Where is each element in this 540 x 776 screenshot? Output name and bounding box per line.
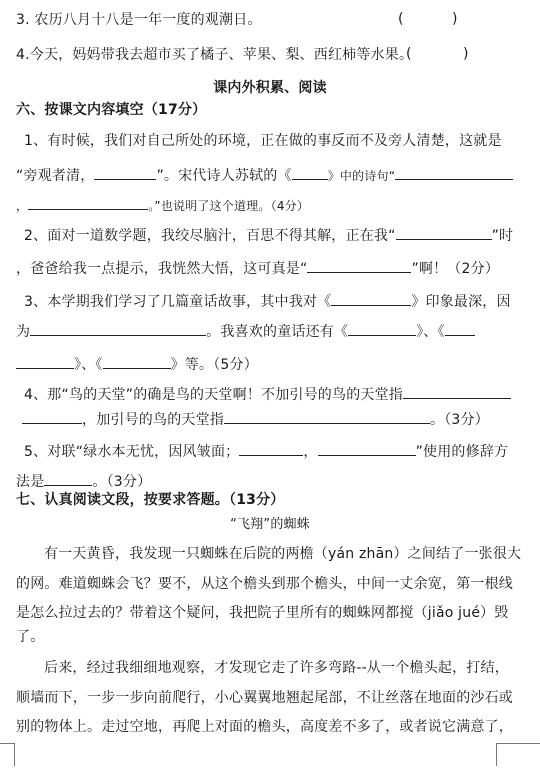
text: ”使用的修辞方 [416, 444, 509, 460]
paragraph2-line3: 别的物体上。走过空地，再爬上对面的檐头，高度差不多了，或者说它满意了， [16, 718, 513, 736]
s6-q1-line1: 1、有时候，我们对自己所处的环境，正在做的事反而不及旁人清楚，这就是 [24, 132, 502, 150]
page-corner-mark-right [496, 743, 540, 766]
blank-11[interactable] [103, 355, 171, 369]
text: ”啊！（2分） [411, 261, 499, 277]
s6-q3-line2: 为。我喜欢的童话还有《》、《 [16, 322, 475, 341]
text: ，加引号的鸟的天堂指 [82, 412, 224, 428]
text: 》、《 [416, 324, 445, 340]
text: 2、面对一道数学题，我绞尽脑汁，百思不得其解，正在我“ [24, 228, 396, 244]
blank-6[interactable] [307, 259, 411, 273]
text: 。（3分） [430, 412, 489, 428]
paragraph1-line1: 有一天黄昏，我发现一只蜘蛛在后院的两檐（yán zhān）之间结了一张很大 [44, 545, 521, 563]
blank-7[interactable] [331, 292, 411, 306]
blank-14[interactable] [224, 410, 430, 424]
question-text: 3. 农历八月十八是一年一度的观潮日。 [16, 12, 262, 28]
text: 》、《 [74, 357, 103, 373]
answer-paren-close: ) [463, 46, 468, 62]
text: 法是 [16, 474, 44, 490]
judgement-q3: 3. 农历八月十八是一年一度的观潮日。 [16, 11, 262, 29]
blank-2[interactable] [292, 166, 328, 180]
s6-q5-line2: 法是。（3分） [16, 472, 151, 491]
paragraph1-line3: 是怎么拉过去的？带着这个疑问，我把院子里所有的蜘蛛网都搅（jiǎo jué）毁 [16, 604, 509, 622]
answer-paren-open: ( [398, 11, 403, 27]
blank-4[interactable] [28, 196, 148, 210]
text: ”时 [492, 228, 514, 244]
paragraph1-line4: 了。 [16, 628, 44, 646]
text: 。”也说明了这个道理。（4分） [148, 199, 309, 213]
section6-title: 六、按课文内容填空（17分） [16, 101, 206, 119]
passage-title: “飞翔”的蜘蛛 [0, 516, 540, 534]
text: 。我喜欢的童话还有《 [206, 324, 348, 340]
text: 3、本学期我们学习了几篇童话故事，其中我对《 [24, 294, 331, 310]
text: 》印象最深，因 [411, 294, 510, 310]
text: ， [303, 444, 317, 460]
text: 》中的诗句“ [328, 169, 395, 183]
s6-q4-line2: ，加引号的鸟的天堂指。（3分） [22, 410, 489, 429]
text: “旁观者清， [16, 168, 94, 184]
s6-q5-line1: 5、对联“绿水本无忧，因风皱面；，”使用的修辞方 [24, 442, 508, 461]
answer-paren-open: ( [406, 46, 411, 62]
judgement-q4: 4.今天，妈妈带我去超市买了橘子、苹果、梨、西红柿等水果。 [16, 46, 413, 64]
blank-13[interactable] [22, 410, 82, 424]
blank-3[interactable] [395, 166, 513, 180]
blank-10-cont[interactable] [16, 355, 74, 369]
blank-10[interactable] [445, 322, 475, 336]
blank-9[interactable] [348, 322, 416, 336]
question-text: 4.今天，妈妈带我去超市买了橘子、苹果、梨、西红柿等水果。 [16, 47, 413, 63]
blank-16[interactable] [318, 442, 416, 456]
blank-12[interactable] [403, 385, 511, 399]
section-heading: 课内外积累、阅读 [0, 79, 540, 97]
s6-q3-line3: 》、《》等。（5分） [16, 355, 258, 374]
blank-15[interactable] [239, 442, 303, 456]
s6-q3-line1: 3、本学期我们学习了几篇童话故事，其中我对《》印象最深，因 [24, 292, 511, 311]
blank-8[interactable] [30, 322, 206, 336]
s6-q1-line2: “旁观者清，”。宋代诗人苏轼的《》中的诗句“ [16, 166, 513, 185]
blank-17[interactable] [44, 472, 92, 486]
text: 4、那“鸟的天堂”的确是鸟的天堂啊！不加引号的鸟的天堂指 [24, 387, 403, 403]
s6-q4-line1: 4、那“鸟的天堂”的确是鸟的天堂啊！不加引号的鸟的天堂指 [24, 385, 511, 404]
paragraph2-line1: 后来，经过我细细地观察，才发现它走了许多弯路--从一个檐头起，打结， [44, 659, 509, 677]
text: 》等。（5分） [171, 357, 258, 373]
blank-1[interactable] [94, 166, 156, 180]
text: 为 [16, 324, 30, 340]
page-corner-mark-left [0, 743, 15, 766]
text: ， [16, 199, 28, 213]
s6-q2-line2: ，爸爸给我一点提示，我恍然大悟，这可真是“”啊！（2分） [16, 259, 499, 278]
text: 。（3分） [92, 474, 151, 490]
s6-q2-line1: 2、面对一道数学题，我绞尽脑汁，百思不得其解，正在我“”时 [24, 226, 513, 245]
text: ，爸爸给我一点提示，我恍然大悟，这可真是“ [16, 261, 307, 277]
answer-paren-close: ) [452, 11, 457, 27]
blank-5[interactable] [396, 226, 492, 240]
s6-q1-line3: ，。”也说明了这个道理。（4分） [16, 196, 309, 215]
text: ”。宋代诗人苏轼的《 [156, 168, 291, 184]
section7-title: 七、认真阅读文段，按要求答题。（13分） [16, 491, 284, 509]
paragraph2-line2: 顺墙而下，一步一步向前爬行，小心翼翼地翘起尾部，不让丝落在地面的沙石或 [16, 689, 513, 707]
text: 5、对联“绿水本无忧，因风皱面； [24, 444, 239, 460]
paragraph1-line2: 的网。难道蜘蛛会飞？要不，从这个檐头到那个檐头，中间一丈余宽，第一根线 [16, 575, 513, 593]
